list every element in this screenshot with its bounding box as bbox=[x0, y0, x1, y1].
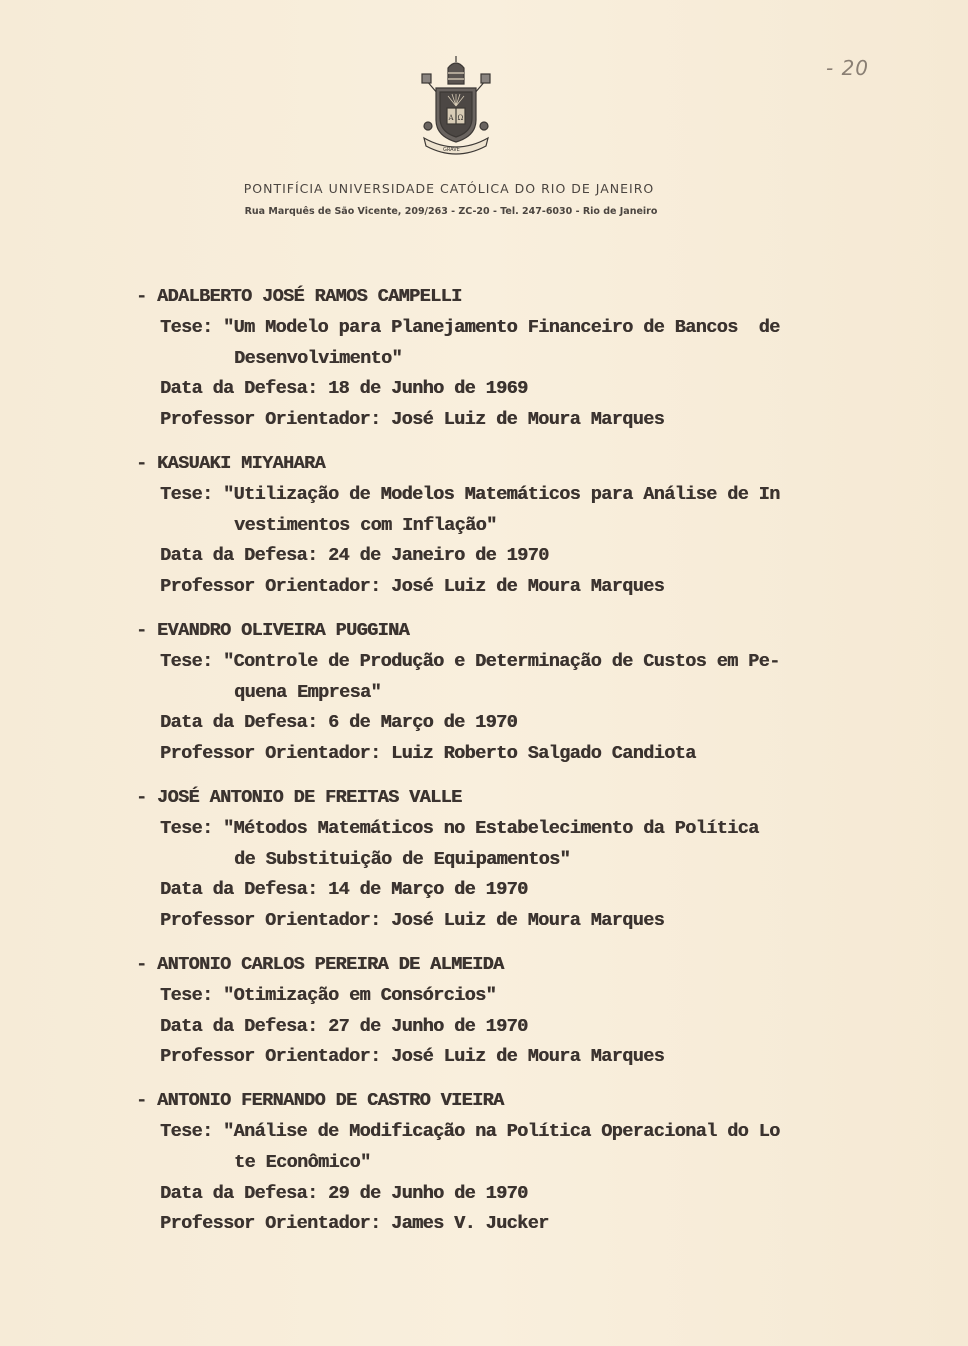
thesis-entry: - EVANDRO OLIVEIRA PUGGINA Tese: "Contro… bbox=[136, 616, 896, 770]
thesis-title: Tese: "Utilização de Modelos Matemáticos… bbox=[136, 480, 896, 511]
advisor: Professor Orientador: James V. Jucker bbox=[136, 1209, 896, 1240]
thesis-title-continued: te Econômico" bbox=[136, 1148, 896, 1179]
advisor: Professor Orientador: José Luiz de Moura… bbox=[136, 572, 896, 603]
thesis-title: Tese: "Um Modelo para Planejamento Finan… bbox=[136, 313, 896, 344]
institution-address-text: Rua Marquês de São Vicente, 209/263 - ZC… bbox=[245, 206, 658, 217]
thesis-entry: - ANTONIO CARLOS PEREIRA DE ALMEIDA Tese… bbox=[136, 950, 896, 1073]
defense-date: Data da Defesa: 14 de Março de 1970 bbox=[136, 875, 896, 906]
defense-date: Data da Defesa: 29 de Junho de 1970 bbox=[136, 1179, 896, 1210]
advisor: Professor Orientador: José Luiz de Moura… bbox=[136, 405, 896, 436]
thesis-title: Tese: "Otimização em Consórcios" bbox=[136, 981, 896, 1012]
thesis-title-continued: quena Empresa" bbox=[136, 678, 896, 709]
thesis-entry: - ADALBERTO JOSÉ RAMOS CAMPELLI Tese: "U… bbox=[136, 282, 896, 436]
institution-name-text: PONTIFÍCIA UNIVERSIDADE CATÓLICA DO RIO … bbox=[244, 181, 655, 196]
thesis-title-continued: Desenvolvimento" bbox=[136, 344, 896, 375]
defense-date: Data da Defesa: 18 de Junho de 1969 bbox=[136, 374, 896, 405]
thesis-entry: - ANTONIO FERNANDO DE CASTRO VIEIRA Tese… bbox=[136, 1086, 896, 1240]
student-name: - EVANDRO OLIVEIRA PUGGINA bbox=[136, 616, 896, 647]
institution-name: PONTIFÍCIA UNIVERSIDADE CATÓLICA DO RIO … bbox=[0, 181, 968, 196]
institution-address: Rua Marquês de São Vicente, 209/263 - ZC… bbox=[0, 206, 968, 217]
student-name: - KASUAKI MIYAHARA bbox=[136, 449, 896, 480]
advisor: Professor Orientador: Luiz Roberto Salga… bbox=[136, 739, 896, 770]
student-name: - ANTONIO FERNANDO DE CASTRO VIEIRA bbox=[136, 1086, 896, 1117]
document-page: - 20 A Ω GRAVE bbox=[0, 0, 968, 1346]
thesis-title: Tese: "Análise de Modificação na Polític… bbox=[136, 1117, 896, 1148]
student-name: - ANTONIO CARLOS PEREIRA DE ALMEIDA bbox=[136, 950, 896, 981]
defense-date: Data da Defesa: 6 de Março de 1970 bbox=[136, 708, 896, 739]
svg-text:GRAVE: GRAVE bbox=[443, 147, 460, 153]
thesis-entry: - KASUAKI MIYAHARA Tese: "Utilização de … bbox=[136, 449, 896, 603]
university-crest-icon: A Ω GRAVE bbox=[418, 54, 494, 162]
svg-text:Ω: Ω bbox=[458, 114, 464, 122]
defense-date: Data da Defesa: 24 de Janeiro de 1970 bbox=[136, 541, 896, 572]
page-number: - 20 bbox=[826, 56, 869, 80]
student-name: - ADALBERTO JOSÉ RAMOS CAMPELLI bbox=[136, 282, 896, 313]
student-name: - JOSÉ ANTONIO DE FREITAS VALLE bbox=[136, 783, 896, 814]
thesis-list: - ADALBERTO JOSÉ RAMOS CAMPELLI Tese: "U… bbox=[136, 282, 896, 1253]
defense-date: Data da Defesa: 27 de Junho de 1970 bbox=[136, 1012, 896, 1043]
advisor: Professor Orientador: José Luiz de Moura… bbox=[136, 906, 896, 937]
advisor: Professor Orientador: José Luiz de Moura… bbox=[136, 1042, 896, 1073]
thesis-title: Tese: "Métodos Matemáticos no Estabeleci… bbox=[136, 814, 896, 845]
thesis-title-continued: vestimentos com Inflação" bbox=[136, 511, 896, 542]
thesis-title-continued: de Substituição de Equipamentos" bbox=[136, 845, 896, 876]
svg-text:A: A bbox=[448, 114, 455, 122]
thesis-entry: - JOSÉ ANTONIO DE FREITAS VALLE Tese: "M… bbox=[136, 783, 896, 937]
thesis-title: Tese: "Controle de Produção e Determinaç… bbox=[136, 647, 896, 678]
